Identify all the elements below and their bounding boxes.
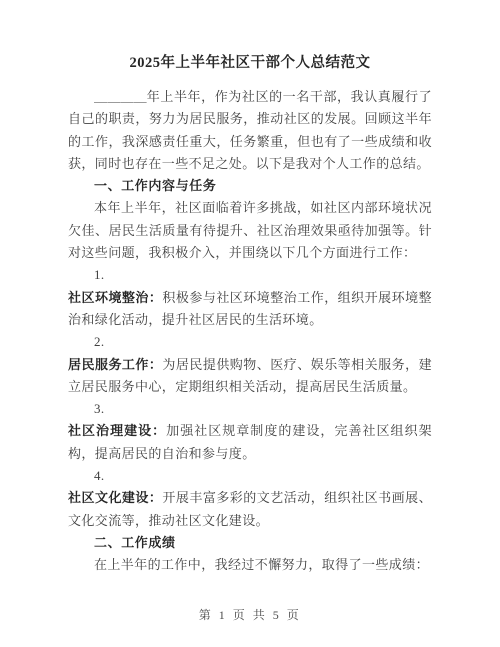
fill-in-blank: ＿＿＿＿ [94, 89, 147, 104]
section1-heading: 一、工作内容与任务 [68, 175, 432, 197]
list-item-1-label: 社区环境整治： [68, 290, 162, 305]
list-item-2-label: 居民服务工作： [68, 357, 162, 372]
document-page: 2025年上半年社区干部个人总结范文 ＿＿＿＿年上半年，作为社区的一名干部，我认… [0, 0, 500, 647]
list-item-4-label: 社区文化建设： [68, 490, 162, 505]
list-item-1-number: 1. [68, 264, 432, 286]
section2-heading: 二、工作成绩 [68, 532, 432, 554]
list-item-2: 居民服务工作：为居民提供购物、医疗、娱乐等相关服务，建立居民服务中心，定期组织相… [68, 354, 432, 399]
list-item-4-number: 4. [68, 465, 432, 487]
list-item-4: 社区文化建设：开展丰富多彩的文艺活动，组织社区书画展、文化交流等，推动社区文化建… [68, 487, 432, 532]
list-item-3-number: 3. [68, 398, 432, 420]
section2-intro-paragraph: 在上半年的工作中，我经过不懈努力，取得了一些成绩： [68, 554, 432, 576]
list-item-3: 社区治理建设：加强社区规章制度的建设，完善社区组织架构，提高居民的自治和参与度。 [68, 420, 432, 465]
list-item-1: 社区环境整治：积极参与社区环境整治工作，组织开展环境整治和绿化活动，提升社区居民… [68, 287, 432, 332]
list-item-2-number: 2. [68, 331, 432, 353]
list-item-3-label: 社区治理建设： [68, 423, 166, 438]
intro-paragraph: ＿＿＿＿年上半年，作为社区的一名干部，我认真履行了自己的职责，努力为居民服务，推… [68, 86, 432, 175]
section1-intro-paragraph: 本年上半年，社区面临着许多挑战，如社区内部环境状况欠佳、居民生活质量有待提升、社… [68, 197, 432, 264]
page-number-footer: 第 1 页 共 5 页 [0, 606, 500, 623]
document-title: 2025年上半年社区干部个人总结范文 [68, 52, 432, 74]
